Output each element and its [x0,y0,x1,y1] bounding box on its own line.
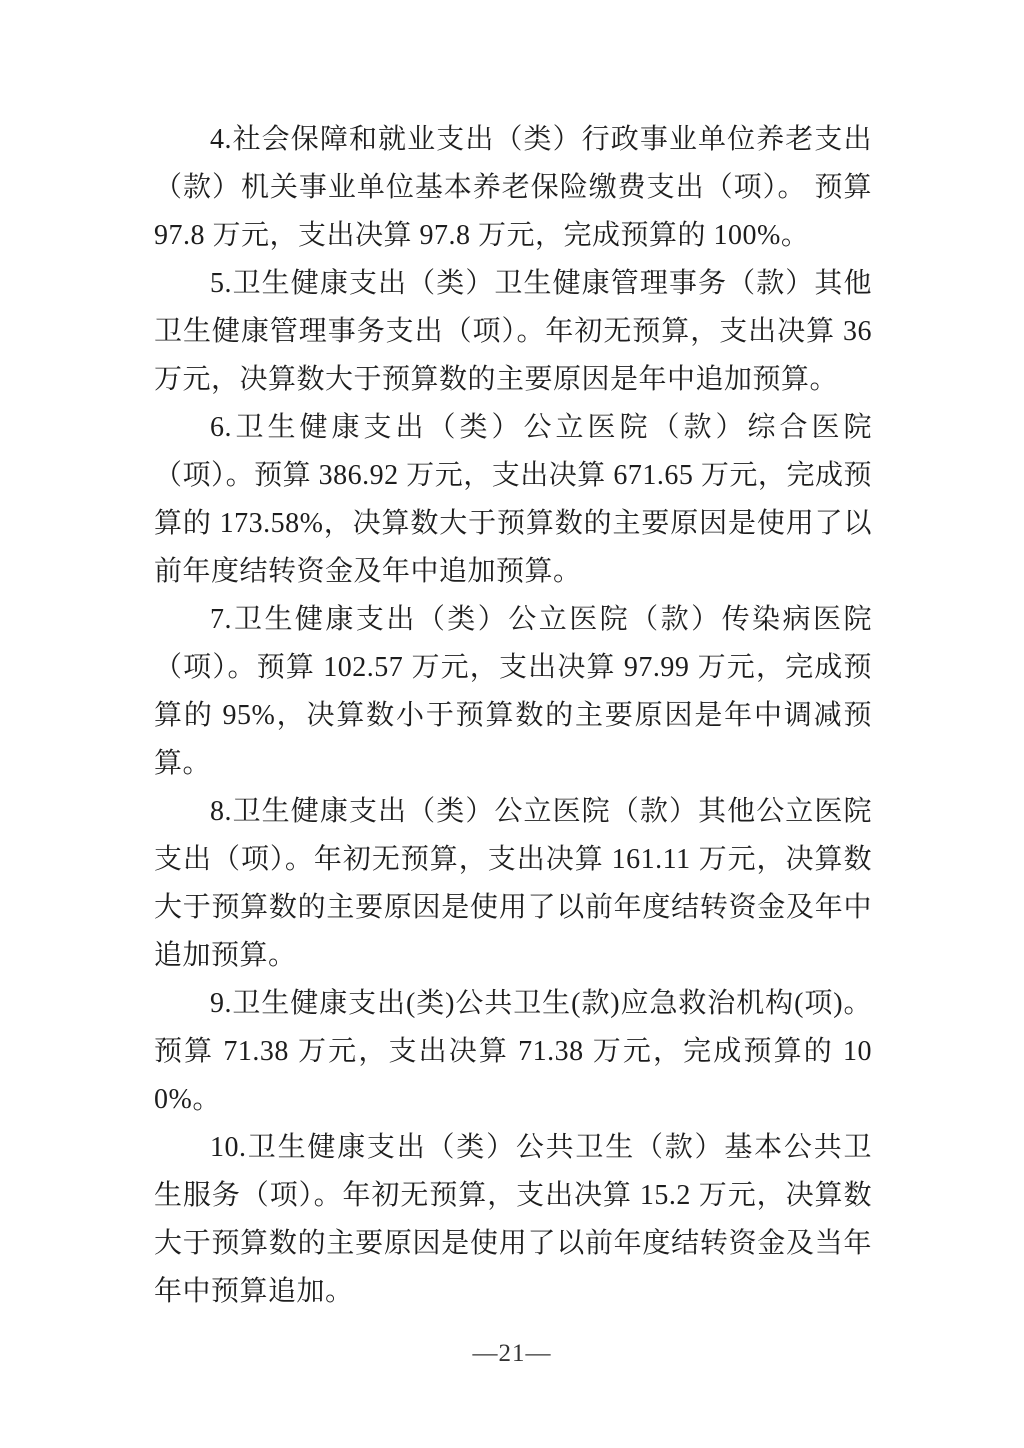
document-page: 4.社会保障和就业支出（类）行政事业单位养老支出（款）机关事业单位基本养老保险缴… [0,0,1024,1448]
page-number: —21— [0,1340,1024,1368]
document-body: 4.社会保障和就业支出（类）行政事业单位养老支出（款）机关事业单位基本养老保险缴… [154,116,872,1316]
budget-paragraph-9: 9.卫生健康支出(类)公共卫生(款)应急救治机构(项)。预算 71.38 万元，… [154,980,872,1124]
budget-paragraph-7: 7.卫生健康支出（类）公立医院（款）传染病医院（项）。预算 102.57 万元，… [154,596,872,788]
budget-paragraph-5: 5.卫生健康支出（类）卫生健康管理事务（款）其他卫生健康管理事务支出（项）。年初… [154,260,872,404]
budget-paragraph-4: 4.社会保障和就业支出（类）行政事业单位养老支出（款）机关事业单位基本养老保险缴… [154,116,872,260]
budget-paragraph-6: 6.卫生健康支出（类）公立医院（款）综合医院（项）。预算 386.92 万元，支… [154,404,872,596]
budget-paragraph-8: 8.卫生健康支出（类）公立医院（款）其他公立医院支出（项）。年初无预算，支出决算… [154,788,872,980]
budget-paragraph-10: 10.卫生健康支出（类）公共卫生（款）基本公共卫生服务（项）。年初无预算，支出决… [154,1124,872,1316]
